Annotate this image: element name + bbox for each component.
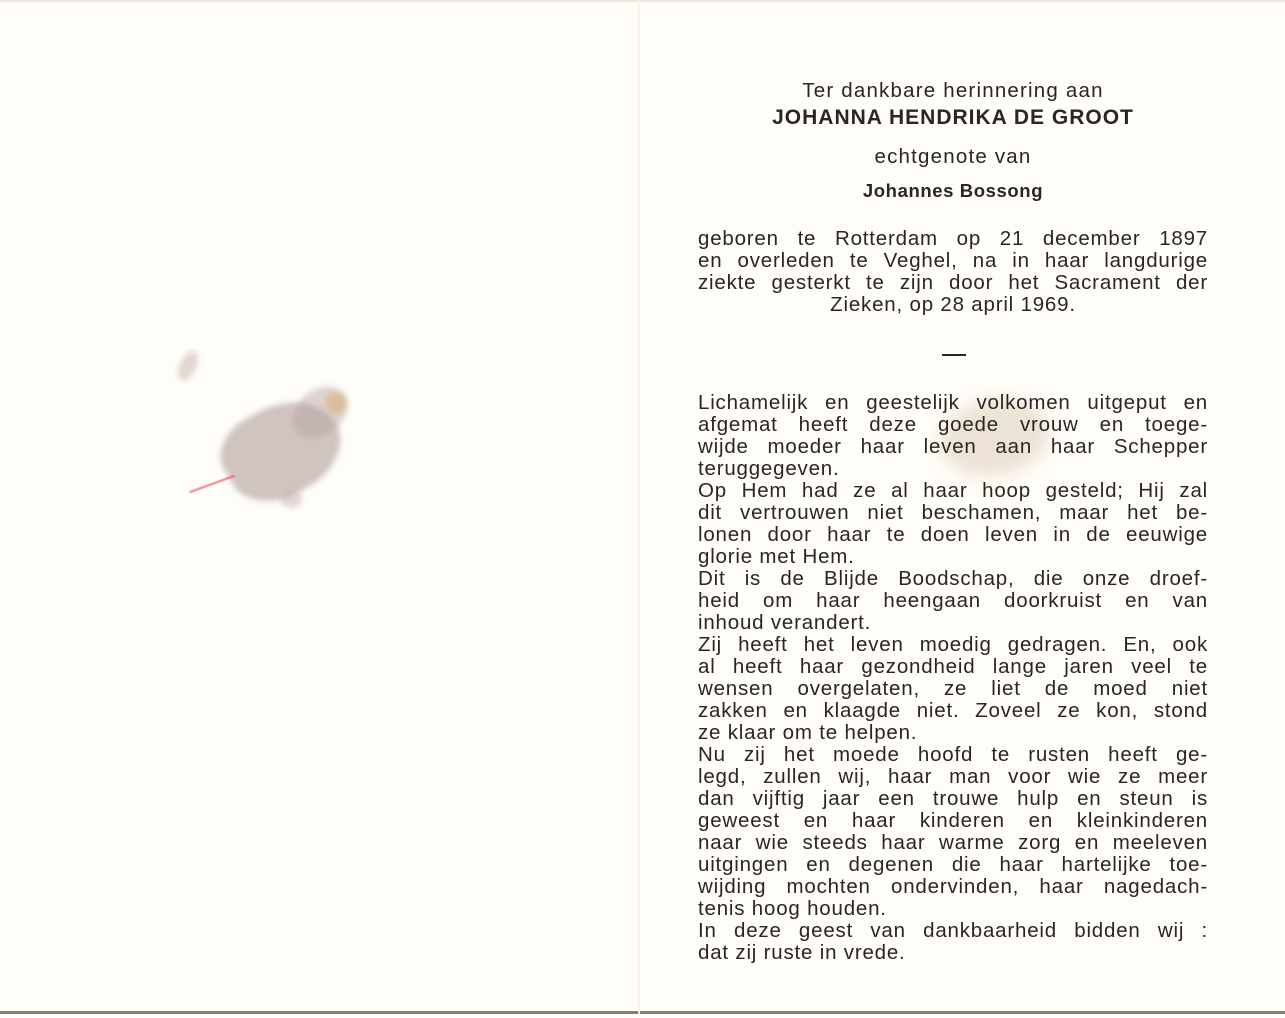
memorial-card: Ter dankbare herinnering aan JOHANNA HEN… xyxy=(0,0,1285,1014)
text-line: afgemat heeft deze goede vrouw en toege- xyxy=(698,414,1208,436)
spouse-label: echtgenote van xyxy=(698,145,1208,169)
text-line: lonen door haar te doen leven in de eeuw… xyxy=(698,524,1208,546)
red-mark xyxy=(189,475,235,493)
card-left-panel xyxy=(0,0,638,1014)
text-line: en overleden te Veghel, na in haar langd… xyxy=(698,250,1208,272)
text-line: Zieken, op 28 april 1969. xyxy=(698,294,1208,316)
separator-dash xyxy=(942,354,966,356)
text-line: Nu zij het moede hoofd te rusten heeft g… xyxy=(698,744,1208,766)
text-line: ziekte gesterkt te zijn door het Sacrame… xyxy=(698,272,1208,294)
text-line: wensen overgelaten, ze liet de moed niet xyxy=(698,678,1208,700)
paper-stain xyxy=(280,490,302,508)
text-line: geweest en haar kinderen en kleinkindere… xyxy=(698,810,1208,832)
text-line: In deze geest van dankbaarheid bidden wi… xyxy=(698,920,1208,942)
deceased-name: JOHANNA HENDRIKA DE GROOT xyxy=(698,106,1208,130)
text-line: wijding mochten ondervinden, haar nageda… xyxy=(698,876,1208,898)
text-line: dat zij ruste in vrede. xyxy=(698,942,1208,964)
text-line: dit vertrouwen niet beschamen, maar het … xyxy=(698,502,1208,524)
text-line: teruggegeven. xyxy=(698,458,1208,480)
text-line: inhoud verandert. xyxy=(698,612,1208,634)
birth-death-paragraph: geboren te Rotterdam op 21 december 1897… xyxy=(698,228,1208,316)
text-line: uitgingen en degenen die haar hartelijke… xyxy=(698,854,1208,876)
text-line: heid om haar heengaan doorkruist en van xyxy=(698,590,1208,612)
paper-stain xyxy=(325,392,347,414)
text-line: tenis hoog houden. xyxy=(698,898,1208,920)
card-right-panel: Ter dankbare herinnering aan JOHANNA HEN… xyxy=(640,0,1285,1014)
text-line: legd, zullen wij, haar man voor wie ze m… xyxy=(698,766,1208,788)
memorial-text: Lichamelijk en geestelijk volkomen uitge… xyxy=(698,392,1208,964)
text-line: glorie met Hem. xyxy=(698,546,1208,568)
text-line: zakken en klaagde niet. Zoveel ze kon, s… xyxy=(698,700,1208,722)
text-line: al heeft haar gezondheid lange jaren vee… xyxy=(698,656,1208,678)
intro-line: Ter dankbare herinnering aan xyxy=(698,79,1208,103)
spouse-name: Johannes Bossong xyxy=(698,180,1208,202)
paper-stain xyxy=(174,348,202,384)
text-line: ze klaar om te helpen. xyxy=(698,722,1208,744)
text-line: Lichamelijk en geestelijk volkomen uitge… xyxy=(698,392,1208,414)
text-line: Zij heeft het leven moedig gedragen. En,… xyxy=(698,634,1208,656)
text-line: Op Hem had ze al haar hoop gesteld; Hij … xyxy=(698,480,1208,502)
text-line: Dit is de Blijde Boodschap, die onze dro… xyxy=(698,568,1208,590)
text-line: dan vijftig jaar een trouwe hulp en steu… xyxy=(698,788,1208,810)
text-line: wijde moeder haar leven aan haar Scheppe… xyxy=(698,436,1208,458)
text-line: geboren te Rotterdam op 21 december 1897 xyxy=(698,228,1208,250)
text-line: naar wie steeds haar warme zorg en meele… xyxy=(698,832,1208,854)
